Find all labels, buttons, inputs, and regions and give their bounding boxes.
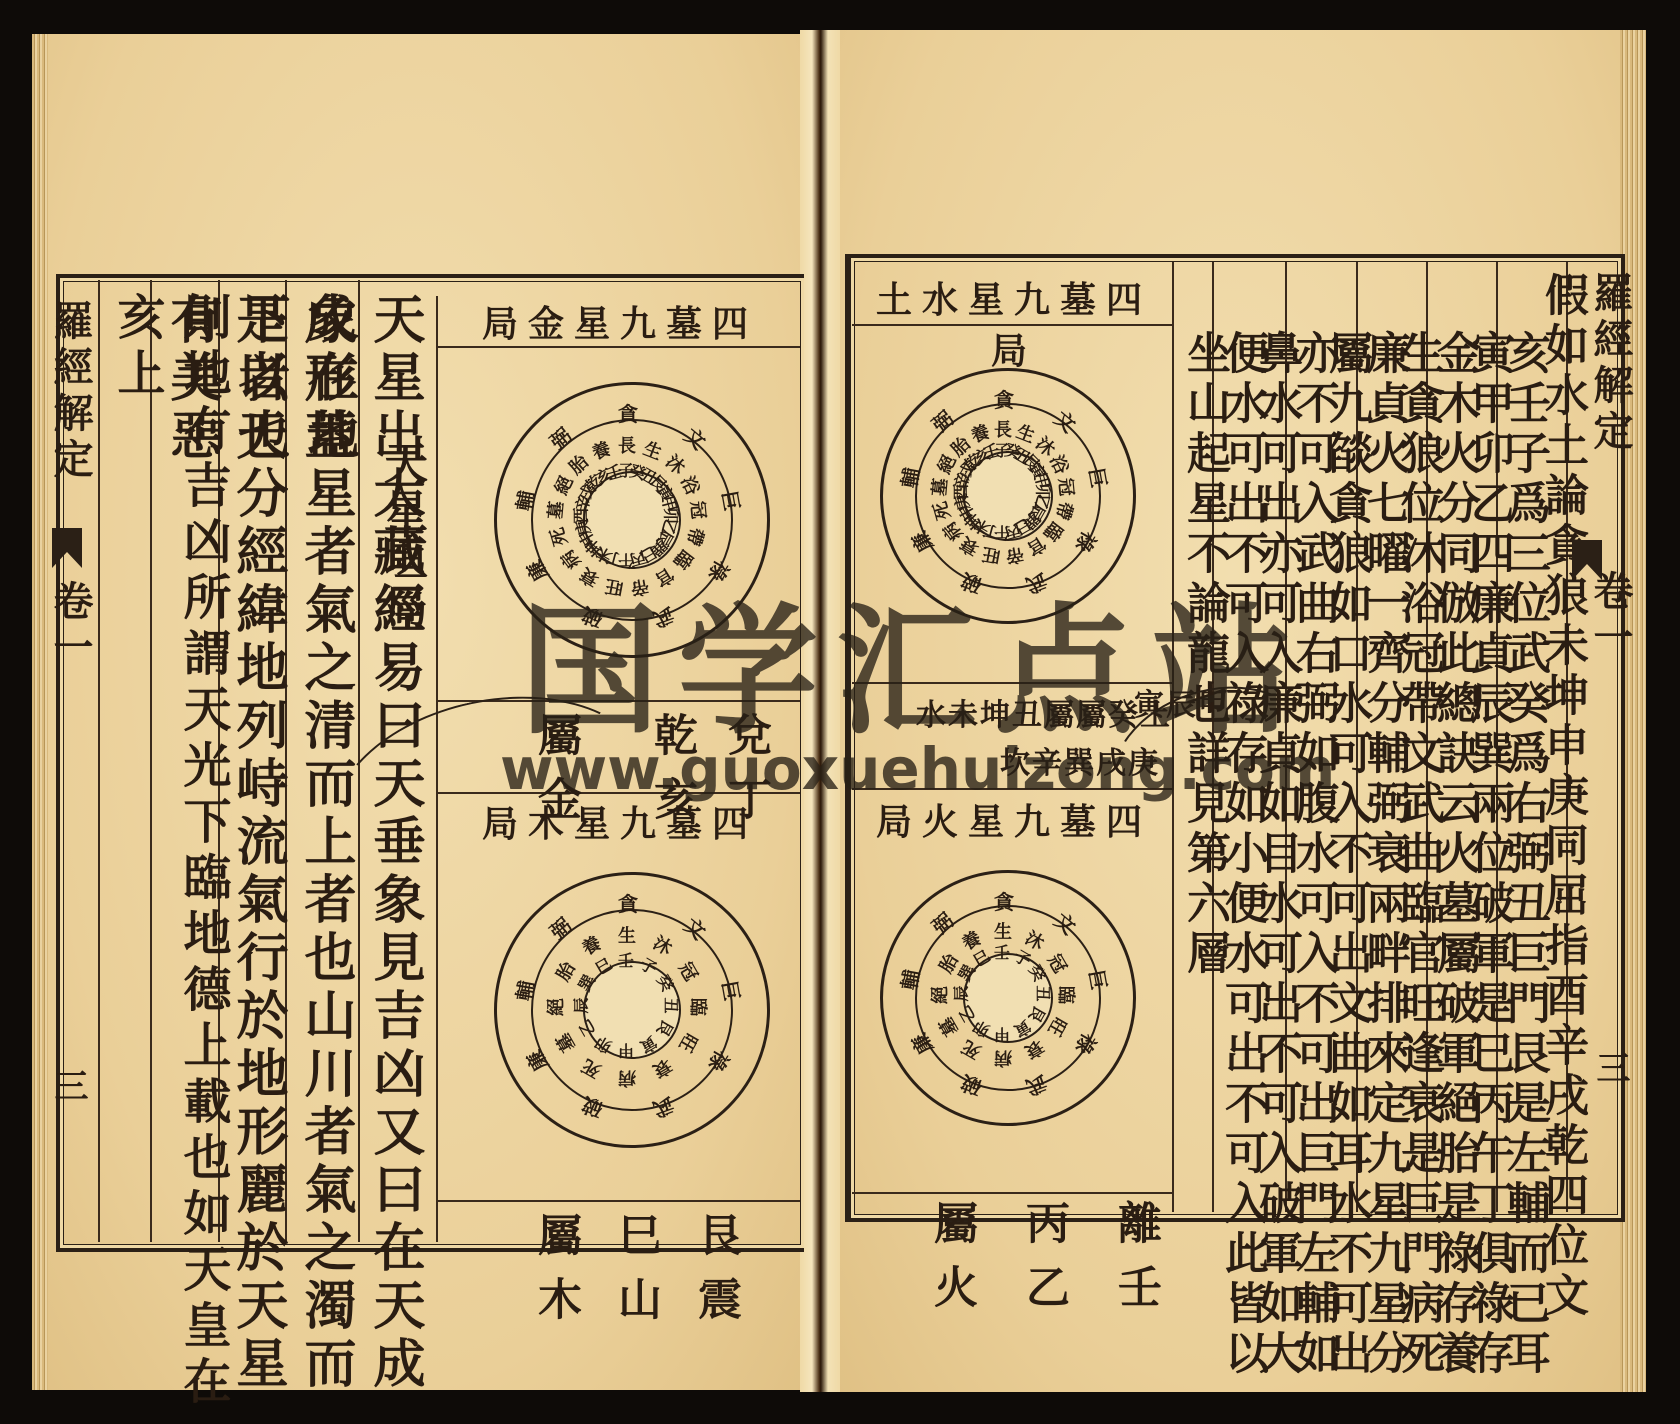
compass-glyph: 冠 bbox=[685, 500, 713, 520]
compass-glyph: 輔 bbox=[508, 978, 540, 1003]
compass-glyph: 貪 bbox=[618, 888, 638, 917]
compass-glyph: 壬 bbox=[994, 940, 1010, 963]
compass-glyph: 病 bbox=[618, 1066, 636, 1092]
text-column: 則地有吉凶所謂天光下臨地德上載也如天皇在亥上 bbox=[104, 292, 236, 1424]
left-folio-number: 三 bbox=[44, 1068, 93, 1108]
compass-glyph: 冠 bbox=[1053, 477, 1081, 497]
book-title: 羅經解定 bbox=[1582, 272, 1639, 456]
compass-glyph: 辰 bbox=[949, 985, 972, 1001]
compass-glyph: 墓 bbox=[542, 500, 570, 520]
compass-glyph: 甲 bbox=[618, 1040, 634, 1063]
compass-glyph: 壬 bbox=[618, 948, 634, 971]
right-folio-number: 三 bbox=[1586, 1050, 1635, 1090]
diagram-annotation: 天星垣局 bbox=[368, 440, 434, 632]
attribution-column: 巳山 bbox=[600, 1212, 670, 1340]
compass-glyph: 輔 bbox=[508, 488, 540, 513]
compass-glyph: 長 bbox=[618, 432, 636, 458]
compass-glyph: 丑 bbox=[1033, 985, 1056, 1001]
left-margin-volume: 卷一 bbox=[42, 580, 99, 672]
watermark-url: www.guoxuehuizong.com bbox=[500, 735, 1335, 803]
diagram-title-metal: 四墓九星金局 bbox=[440, 296, 800, 347]
diagram-title-water-earth: 四墓九星水土局 bbox=[856, 272, 1172, 374]
watermark-title: 国学汇点站 bbox=[520, 560, 1310, 761]
left-margin-title: 羅經解定 bbox=[42, 300, 99, 484]
compass-glyph: 貪 bbox=[994, 886, 1014, 915]
compass-glyph: 絕 bbox=[542, 998, 568, 1016]
column-rule bbox=[98, 280, 100, 1242]
attribution-column: 屬木 bbox=[520, 1212, 590, 1340]
compass-glyph: 臨 bbox=[1054, 986, 1080, 1004]
page-edges bbox=[32, 34, 48, 1390]
attribution-column: 屬火 bbox=[916, 1200, 986, 1328]
attribution-column: 丙乙 bbox=[1008, 1200, 1078, 1328]
attribution-column: 離壬 bbox=[1100, 1200, 1170, 1328]
compass-glyph: 辰 bbox=[569, 997, 592, 1013]
compass-glyph: 臨 bbox=[686, 998, 712, 1016]
compass-glyph: 生 bbox=[618, 922, 636, 948]
panel-rule bbox=[436, 1200, 800, 1202]
compass-glyph: 甲 bbox=[994, 1024, 1010, 1047]
compass-glyph: 丑 bbox=[661, 997, 684, 1013]
compass-glyph: 貪 bbox=[618, 398, 638, 427]
volume-label: 卷一 bbox=[1582, 570, 1639, 662]
compass-glyph: 貪 bbox=[994, 384, 1014, 413]
compass-glyph: 病 bbox=[994, 1046, 1012, 1072]
panel-rule bbox=[852, 1192, 1172, 1194]
attribution-column: 艮震 bbox=[680, 1212, 750, 1340]
